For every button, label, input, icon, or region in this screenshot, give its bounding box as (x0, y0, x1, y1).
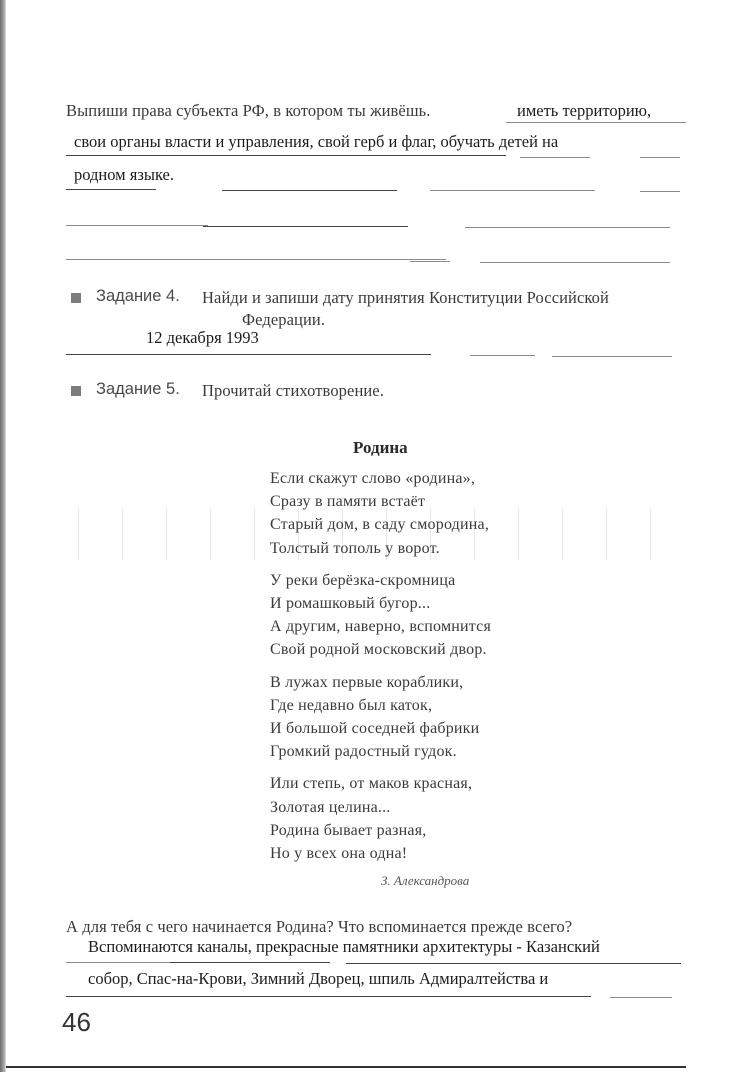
question-answer-line-1: Вспоминаются каналы, прекрасные памятник… (88, 937, 600, 957)
poem-line: Свой родной московский двор. (270, 641, 487, 659)
poem-line: Старый дом, в саду смородина, (270, 516, 489, 534)
answer-rule (470, 355, 535, 356)
scan-binding-edge (0, 0, 6, 1072)
page-number: 46 (62, 1007, 91, 1038)
answer-rule (640, 191, 680, 192)
question-answer-line-2: собор, Спас-на-Крови, Зимний Дворец, шпи… (88, 969, 548, 989)
poem-line: Родина бывает разная, (270, 822, 426, 840)
task3-answer-line-1: иметь территорию, (517, 101, 651, 121)
answer-rule (346, 963, 681, 964)
task-bullet-icon (71, 293, 81, 303)
answer-rule (610, 997, 672, 998)
task3-answer-line-2: свои органы власти и управления, свой ге… (74, 132, 558, 152)
poem-line: Или степь, от маков красная, (270, 775, 472, 793)
poem-line: У реки берёзка-скромница (270, 572, 455, 590)
answer-rule (66, 996, 591, 997)
task3-answer-line-3: родном языке. (74, 165, 174, 185)
poem-line: Сразу в памяти встаёт (270, 493, 425, 511)
answer-rule (520, 157, 590, 158)
poem-line: Но у всех она одна! (270, 845, 407, 863)
answer-rule (506, 122, 686, 123)
poem-line: Громкий радостный гудок. (270, 743, 457, 761)
answer-rule (640, 157, 680, 158)
task4-text-line-1: Найди и запиши дату принятия Конституции… (202, 288, 609, 308)
task4-label: Задание 4. (96, 287, 180, 306)
poem-line: В лужах первые кораблики, (270, 674, 463, 692)
task4-text-line-2: Федерации. (242, 310, 325, 330)
answer-rule (66, 155, 506, 156)
poem-line: Золотая целина... (270, 799, 391, 817)
answer-rule (66, 189, 156, 190)
answer-rule (66, 259, 446, 260)
page-bottom-edge (6, 1066, 686, 1068)
answer-rule (552, 356, 672, 357)
poem-line: Где недавно был каток, (270, 697, 432, 715)
question-text: А для тебя с чего начинается Родина? Что… (66, 917, 572, 937)
task5-label: Задание 5. (96, 380, 180, 399)
answer-rule (66, 354, 431, 355)
poem-title: Родина (353, 438, 408, 458)
answer-rule (170, 962, 330, 963)
answer-rule (66, 225, 208, 226)
poem-line: И ромашковый бугор... (270, 595, 430, 613)
poem-line: Если скажут слово «родина», (270, 470, 475, 488)
answer-rule (222, 190, 397, 191)
answer-rule (203, 226, 408, 227)
poem-line: Толстый тополь у ворот. (270, 540, 440, 558)
poem-author: З. Александрова (381, 873, 469, 889)
task-bullet-icon (71, 386, 81, 396)
answer-rule (465, 227, 670, 228)
answer-rule (410, 261, 450, 262)
answer-rule (66, 962, 171, 963)
answer-rule (430, 190, 595, 191)
poem-line: А другим, наверно, вспомнится (270, 618, 491, 636)
task5-text: Прочитай стихотворение. (202, 381, 384, 401)
answer-rule (480, 262, 670, 263)
poem-line: И большой соседней фабрики (270, 720, 479, 738)
task4-answer: 12 декабря 1993 (146, 328, 259, 348)
task3-prompt: Выпиши права субъекта РФ, в котором ты ж… (66, 101, 431, 121)
